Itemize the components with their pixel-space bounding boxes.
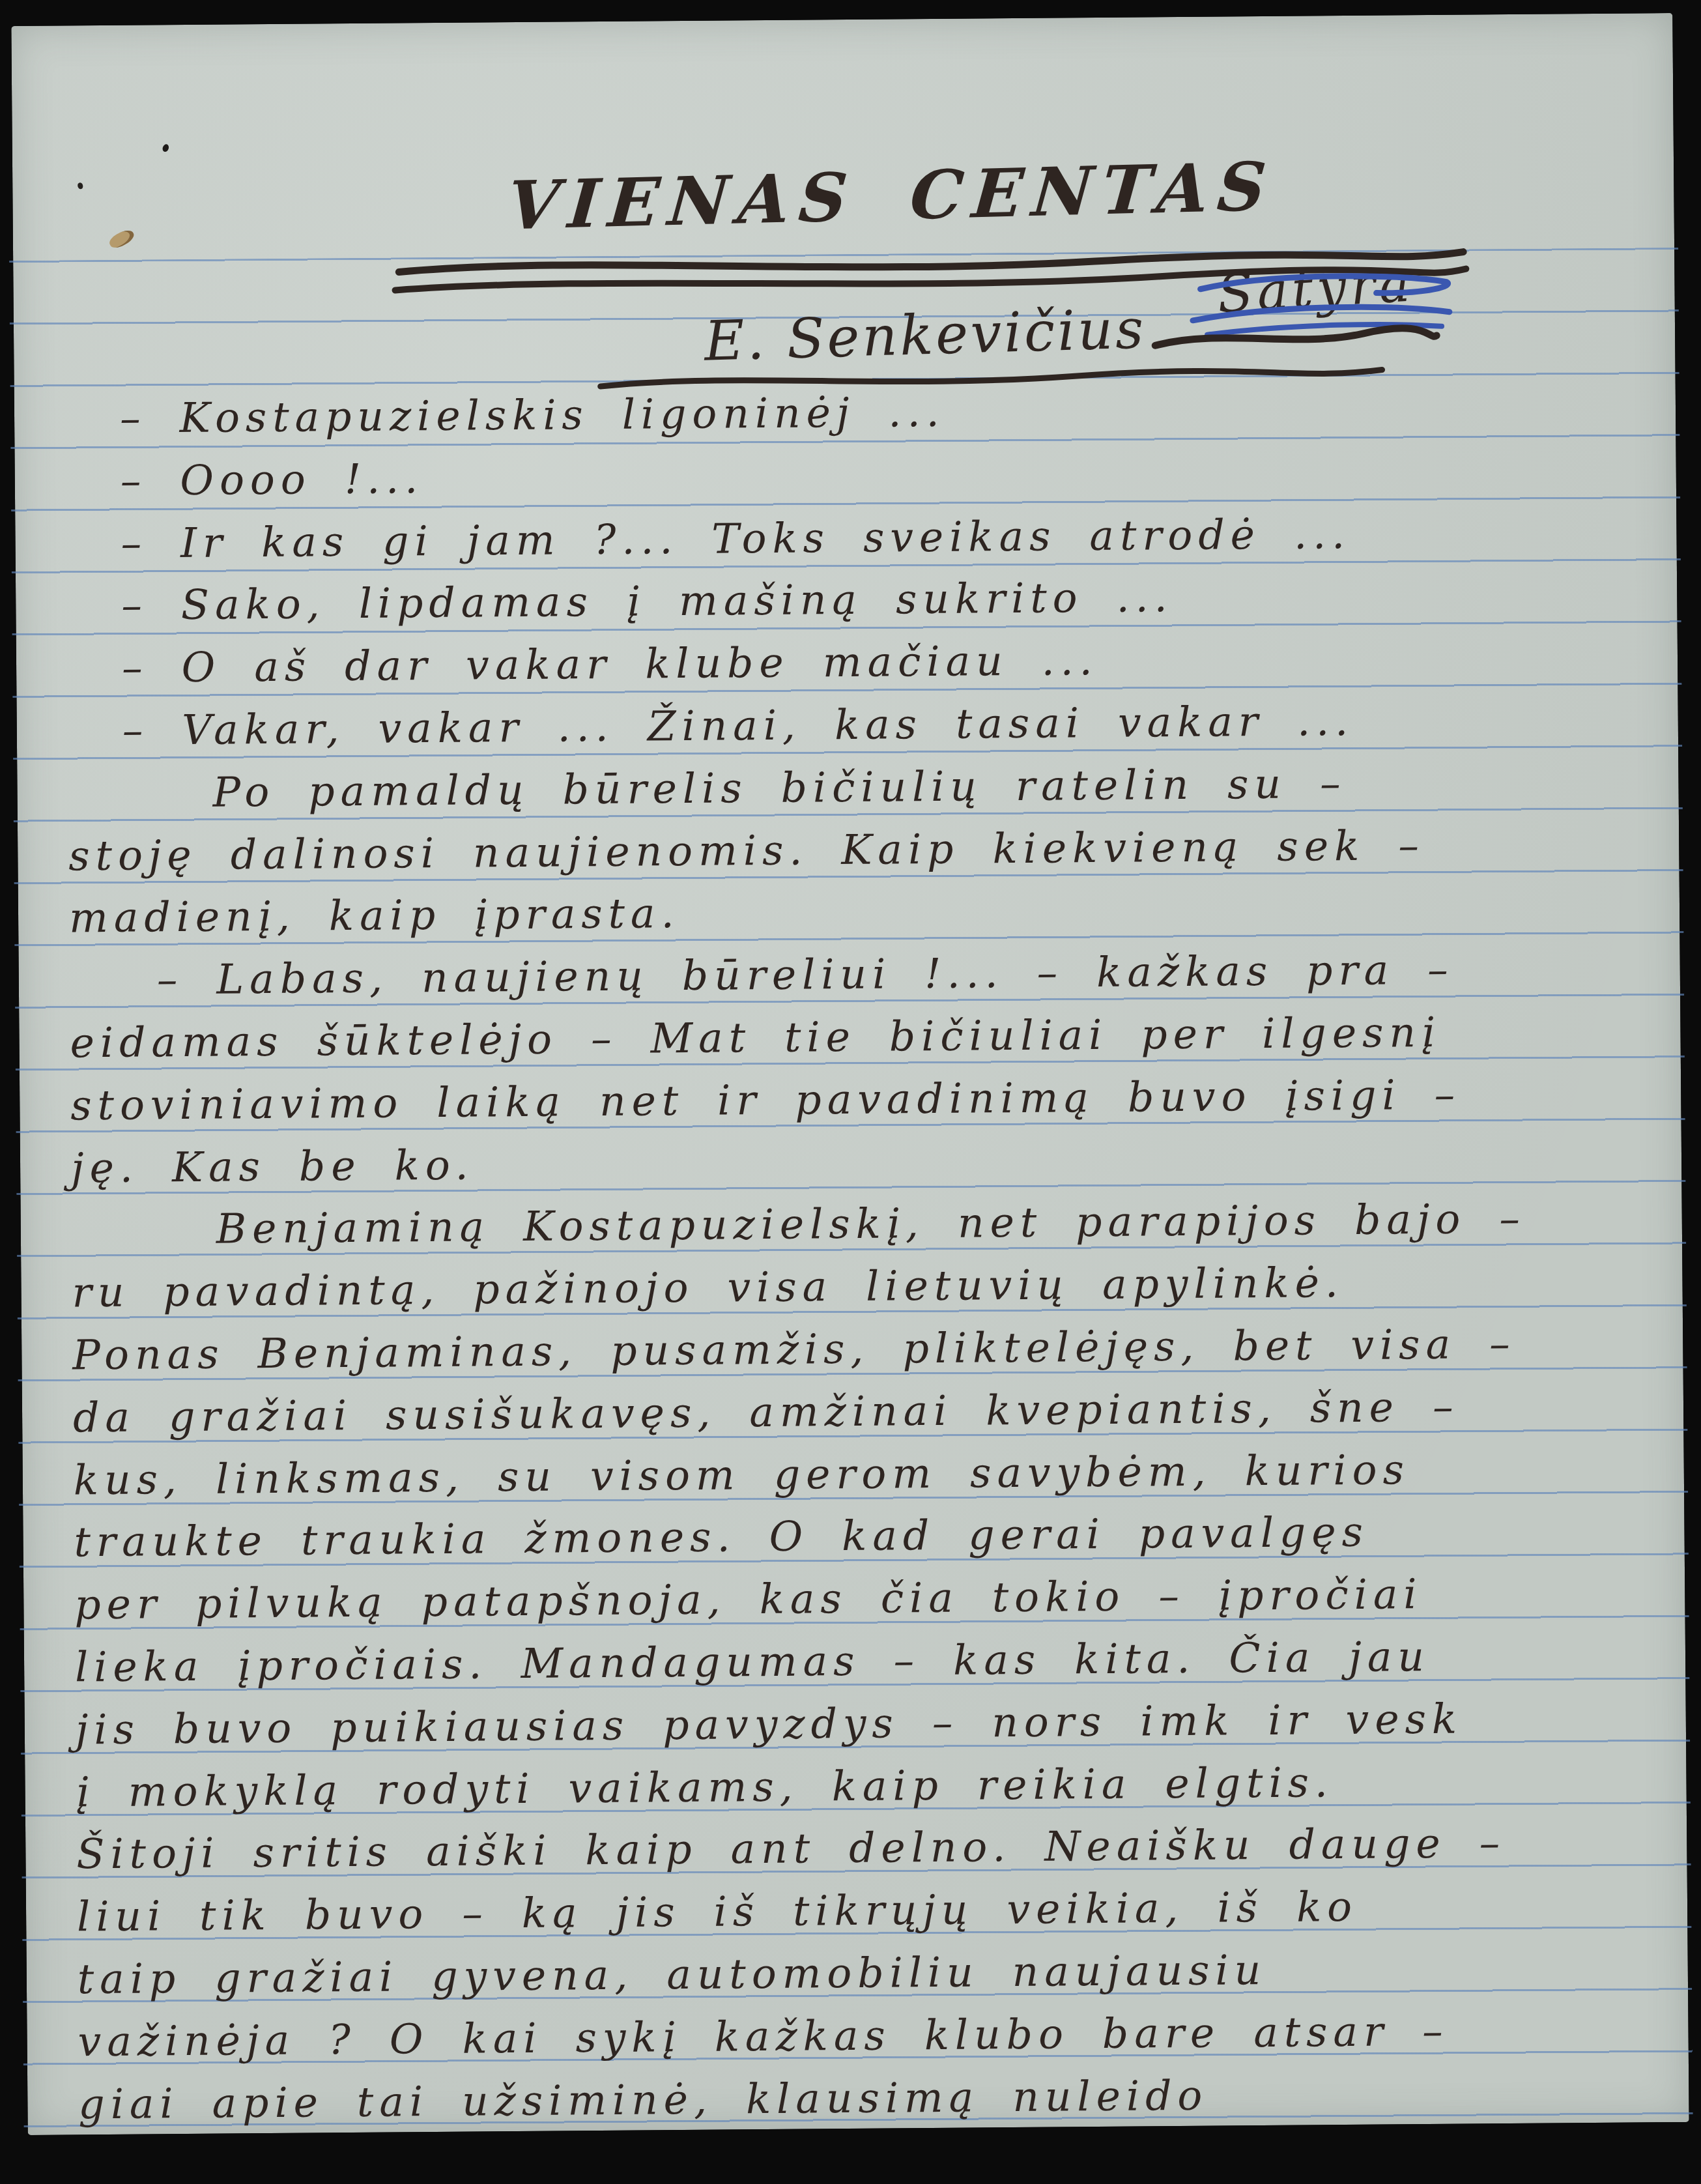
manuscript-line: giai apie tai užsiminė, klausimą nuleido (27, 2060, 1689, 2136)
manuscript-line: važinėja ? O kai sykį kažkas klubo bare … (27, 1998, 1689, 2074)
author-byline: E. Senkevičius (704, 296, 1147, 373)
crossed-out-genre-label: Satyra (1216, 252, 1416, 324)
paper-speck (77, 182, 83, 190)
genre-underline (1149, 320, 1442, 359)
scanned-manuscript-page: VIENAS CENTAS Satyra E. Senkevičius – Ko… (0, 0, 1701, 2184)
paper-sheet: VIENAS CENTAS Satyra E. Senkevičius – Ko… (11, 13, 1689, 2135)
paper-speck (162, 143, 169, 152)
page-title: VIENAS CENTAS (505, 147, 1278, 245)
paper-speck (107, 227, 137, 251)
manuscript-line: Benjaminą Kostapuzielskį, net parapijos … (20, 1186, 1682, 1262)
manuscript-line: jis buvo puikiausias pavyzdys – nors imk… (24, 1686, 1686, 1762)
manuscript-line: da gražiai susišukavęs, amžinai kvepiant… (22, 1374, 1684, 1450)
manuscript-line: Šitoji sritis aiški kaip ant delno. Neai… (25, 1811, 1687, 1886)
manuscript-line: stoviniavimo laiką net ir pavadinimą buv… (20, 1062, 1681, 1138)
manuscript-body: – Kostapuzielskis ligoninėj ...– Oooo !.… (14, 375, 1689, 2136)
